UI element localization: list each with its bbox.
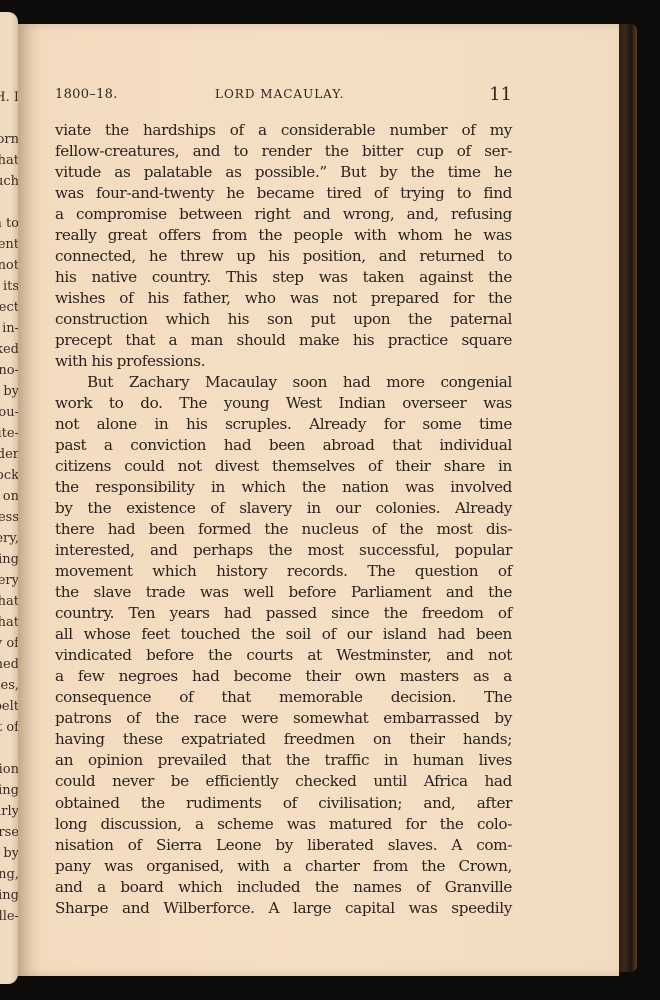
previous-page-fragment: ches, [0,675,18,696]
book-photo: CH. Iwornthatsuchn tonentnoto itspect, i… [0,0,660,1000]
previous-page-fragment: eing [0,549,18,570]
text-line: all whose feet touched the soil of our i… [55,624,512,645]
text-line: Sharpe and Wilberforce. A large capital … [55,898,512,919]
previous-page-fragment: pect [0,297,18,318]
book-page: 1800–18. LORD MACAULAY. 11 viate the har… [18,24,619,976]
previous-page-fragment: alle- [0,906,18,927]
text-line: consequence of that memorable decision. … [55,687,512,708]
previous-page-fragment: n to [0,213,18,234]
text-line: nisation of Sierra Leone by liberated sl… [55,835,512,856]
text-line: a compromise between right and wrong, an… [55,204,512,225]
text-line: patrons of the race were somewhat embarr… [55,708,512,729]
previous-page-fragment: cked [0,339,18,360]
text-line: the slave trade was well before Parliame… [55,582,512,603]
text-line: vindicated before the courts at Westmins… [55,645,512,666]
running-head-title: LORD MACAULAY. [215,87,345,101]
text-line: work to do. The young West Indian overse… [55,393,512,414]
previous-page-fragment: , in- [0,318,18,339]
page-number: 11 [489,84,512,105]
text-line: interested, and perhaps the most success… [55,540,512,561]
body-text: viate the hardships of a considerable nu… [55,120,512,919]
text-line: citizens could not divest themselves of … [55,456,512,477]
previous-page-fragment: very [0,570,18,591]
previous-page-fragment: not [0,255,18,276]
previous-page-fragment: ct of [0,717,18,738]
text-line: wishes of his father, who was not prepar… [55,288,512,309]
previous-page-fragment: nent [0,234,18,255]
text-line: could never be efficiently checked until… [55,771,512,792]
text-line: movement which history records. The ques… [55,561,512,582]
book-cover-edge [617,24,637,972]
previous-page-fragment: CH. I [0,87,18,108]
previous-page-fragment: tock [0,465,18,486]
previous-page-fragment: such [0,171,18,192]
text-line: construction which his son put upon the … [55,309,512,330]
text-line: past a conviction had been abroad that i… [55,435,512,456]
previous-page-fragment: that [0,150,18,171]
previous-page-fragment: that [0,591,18,612]
previous-page-fragment [0,108,18,129]
previous-page-fragment: n by [0,843,18,864]
previous-page-fragment: gno- [0,360,18,381]
previous-page-fragment: rned [0,654,18,675]
running-head: 1800–18. LORD MACAULAY. 11 [55,84,512,106]
text-line: country. Ten years had passed since the … [55,603,512,624]
previous-page-fragment: oing [0,885,18,906]
text-line: a few negroes had become their own maste… [55,666,512,687]
previous-page-fragment: spelt [0,696,18,717]
text-line: by the existence of slavery in our colon… [55,498,512,519]
previous-page-fragment: ning [0,780,18,801]
previous-page-fragment: ing, [0,864,18,885]
previous-page-fragment: hou- [0,402,18,423]
text-line: the responsibility in which the nation w… [55,477,512,498]
previous-page-fragment: early [0,801,18,822]
text-line: really great offers from the people with… [55,225,512,246]
text-line: and a board which included the names of … [55,877,512,898]
text-line: not alone in his scruples. Already for s… [55,414,512,435]
previous-page-text: CH. Iwornthatsuchn tonentnoto itspect, i… [0,87,18,927]
text-line: his native country. This step was taken … [55,267,512,288]
text-line: precept that a man should make his pract… [55,330,512,351]
previous-page-fragment: lite- [0,423,18,444]
text-line: viate the hardships of a considerable nu… [55,120,512,141]
text-line: having these expatriated freedmen on the… [55,729,512,750]
previous-page-fragment: worn [0,129,18,150]
text-line: was four-and-twenty he became tired of t… [55,183,512,204]
text-line: there had been formed the nucleus of the… [55,519,512,540]
previous-page-fragment: that [0,612,18,633]
previous-page-fragment [0,192,18,213]
text-line: vitude as palatable as possible.” But by… [55,162,512,183]
previous-page-fragment: nder [0,444,18,465]
text-line: long discussion, a scheme was matured fo… [55,814,512,835]
text-line: fellow-creatures, and to render the bitt… [55,141,512,162]
previous-page-fragment: y of [0,633,18,654]
previous-page-fragment: l by [0,381,18,402]
previous-page-fragment: urse [0,822,18,843]
text-line: But Zachary Macaulay soon had more conge… [55,372,512,393]
previous-page-fragment: o its [0,276,18,297]
text-line: with his professions. [55,351,512,372]
previous-page-fragment: sness [0,507,18,528]
previous-page-edge: CH. Iwornthatsuchn tonentnoto itspect, i… [0,12,18,984]
text-line: connected, he threw up his position, and… [55,246,512,267]
previous-page-fragment: l on [0,486,18,507]
text-line: pany was organised, with a charter from … [55,856,512,877]
text-line: obtained the rudiments of civilisation; … [55,793,512,814]
previous-page-fragment: tion [0,759,18,780]
previous-page-fragment: very, [0,528,18,549]
previous-page-fragment [0,738,18,759]
running-head-dates: 1800–18. [55,87,118,102]
text-line: an opinion prevailed that the traffic in… [55,750,512,771]
